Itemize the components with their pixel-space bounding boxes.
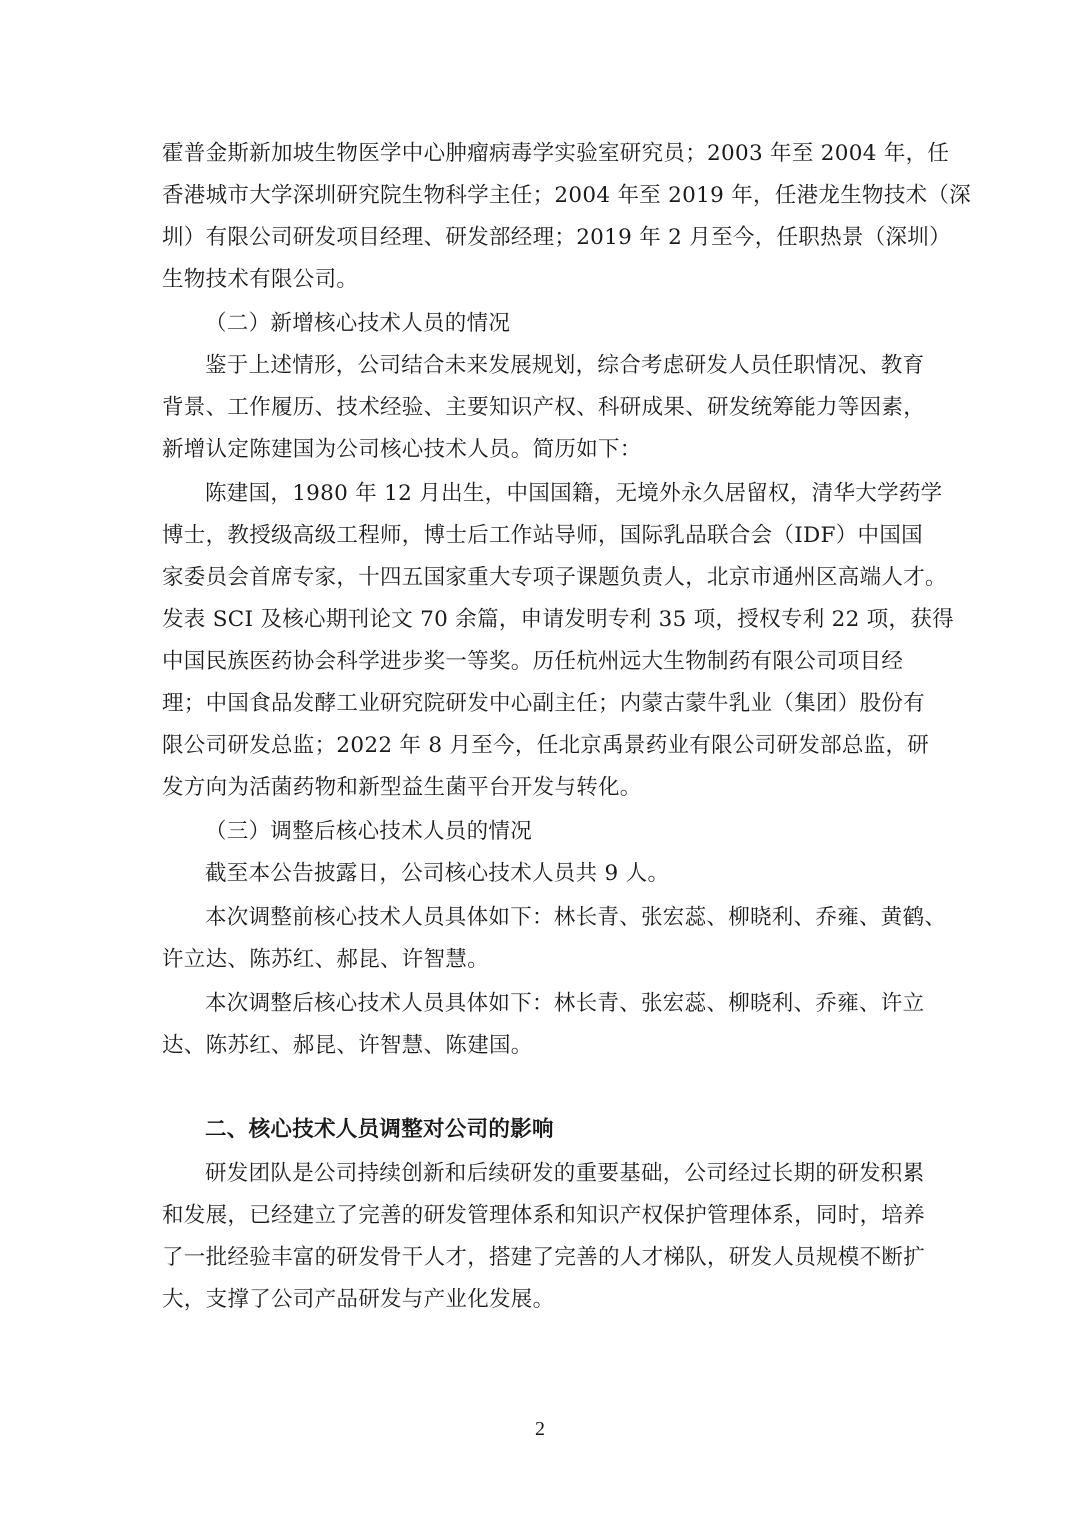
text-line: 了一批经验丰富的研发骨干人才，搭建了完善的人才梯队，研发人员规模不断扩 (162, 1244, 922, 1272)
text-line: 背景、工作履历、技术经验、主要知识产权、科研成果、研发统筹能力等因素， (162, 394, 922, 422)
biography-line: 中国民族医药协会科学进步奖一等奖。历任杭州远大生物制药有限公司项目经 (162, 648, 922, 676)
text-line: 鉴于上述情形，公司结合未来发展规划，综合考虑研发人员任职情况、教育 (205, 352, 922, 380)
text-line: 达、陈苏红、郝昆、许智慧、陈建国。 (162, 1032, 922, 1060)
biography-line: 博士，教授级高级工程师，博士后工作站导师，国际乳品联合会（IDF）中国国 (162, 522, 922, 550)
subsection-heading-adjusted-core-staff: （三）调整后核心技术人员的情况 (205, 818, 922, 846)
text-line: 本次调整后核心技术人员具体如下：林长青、张宏蕊、柳晓利、乔雍、许立 (205, 990, 922, 1018)
biography-line: 家委员会首席专家，十四五国家重大专项子课题负责人，北京市通州区高端人才。 (162, 564, 922, 592)
text-line: 新增认定陈建国为公司核心技术人员。简历如下： (162, 436, 922, 464)
text-line: 霍普金斯新加坡生物医学中心肿瘤病毒学实验室研究员；2003 年至 2004 年，… (162, 140, 922, 168)
text-line: 研发团队是公司持续创新和后续研发的重要基础，公司经过长期的研发积累 (205, 1160, 922, 1188)
page-number: 2 (0, 1418, 1080, 1441)
biography-line: 陈建国，1980 年 12 月出生，中国国籍，无境外永久居留权，清华大学药学 (205, 480, 922, 508)
text-line: 香港城市大学深圳研究院生物科学主任；2004 年至 2019 年，任港龙生物技术… (162, 182, 922, 210)
biography-line: 限公司研发总监；2022 年 8 月至今，任北京禹景药业有限公司研发部总监，研 (162, 732, 922, 760)
biography-line: 发表 SCI 及核心期刊论文 70 余篇，申请发明专利 35 项，授权专利 22… (162, 606, 922, 634)
biography-line: 发方向为活菌药物和新型益生菌平台开发与转化。 (162, 774, 922, 802)
subsection-heading-new-core-staff: （二）新增核心技术人员的情况 (205, 310, 922, 338)
section-heading-impact: 二、核心技术人员调整对公司的影响 (205, 1116, 922, 1144)
text-line: 本次调整前核心技术人员具体如下：林长青、张宏蕊、柳晓利、乔雍、黄鹤、 (205, 904, 922, 932)
text-line: 截至本公告披露日，公司核心技术人员共 9 人。 (205, 860, 922, 888)
text-line: 圳）有限公司研发项目经理、研发部经理；2019 年 2 月至今，任职热景（深圳） (162, 224, 922, 252)
text-line: 和发展，已经建立了完善的研发管理体系和知识产权保护管理体系，同时，培养 (162, 1202, 922, 1230)
text-line: 许立达、陈苏红、郝昆、许智慧。 (162, 946, 922, 974)
text-line: 大，支撑了公司产品研发与产业化发展。 (162, 1286, 922, 1314)
biography-line: 理；中国食品发酵工业研究院研发中心副主任；内蒙古蒙牛乳业（集团）股份有 (162, 690, 922, 718)
text-line: 生物技术有限公司。 (162, 266, 922, 294)
